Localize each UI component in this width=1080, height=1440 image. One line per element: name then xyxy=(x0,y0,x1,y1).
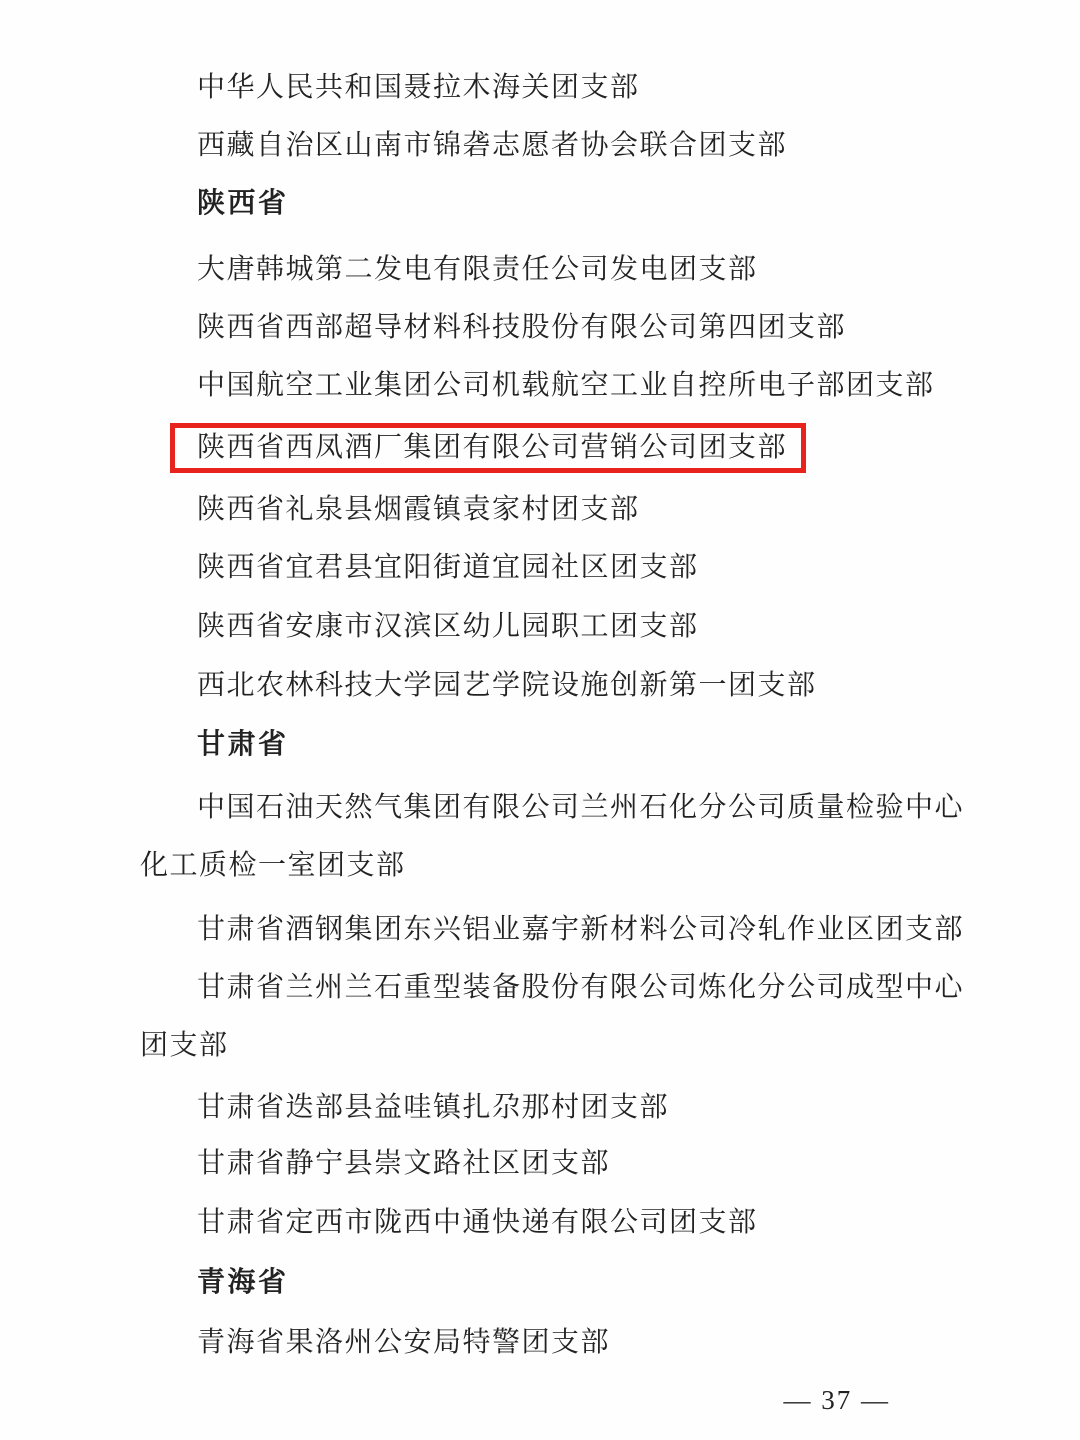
page-number: — 37 — xyxy=(140,1371,962,1430)
list-item: 陕西省礼泉县烟霞镇袁家村团支部 xyxy=(140,480,962,539)
list-item: 甘肃省静宁县崇文路社区团支部 xyxy=(140,1134,962,1193)
list-item: 甘肃省定西市陇西中通快递有限公司团支部 xyxy=(140,1193,962,1252)
document-page: 中华人民共和国聂拉木海关团支部 西藏自治区山南市锦砻志愿者协会联合团支部 陕西省… xyxy=(0,0,1080,1440)
section-header-qinghai: 青海省 xyxy=(140,1253,962,1312)
list-item-highlighted: 陕西省西凤酒厂集团有限公司营销公司团支部 xyxy=(140,418,962,477)
section-header-gansu: 甘肃省 xyxy=(140,715,962,774)
list-item: 陕西省安康市汉滨区幼儿园职工团支部 xyxy=(140,597,962,656)
list-item-label: 陕西省西凤酒厂集团有限公司营销公司团支部 xyxy=(197,432,787,463)
highlight-red-box: 陕西省西凤酒厂集团有限公司营销公司团支部 xyxy=(170,423,806,473)
list-item: 青海省果洛州公安局特警团支部 xyxy=(140,1313,962,1372)
list-item: 陕西省西部超导材料科技股份有限公司第四团支部 xyxy=(140,298,962,357)
list-item: 甘肃省兰州兰石重型装备股份有限公司炼化分公司成型中心 xyxy=(140,958,962,1017)
list-item: 甘肃省酒钢集团东兴铝业嘉宇新材料公司冷轧作业区团支部 xyxy=(140,900,962,959)
list-item: 中华人民共和国聂拉木海关团支部 xyxy=(140,58,962,117)
list-item: 西北农林科技大学园艺学院设施创新第一团支部 xyxy=(140,656,962,715)
list-item-continuation: 团支部 xyxy=(140,1016,962,1075)
list-item: 甘肃省迭部县益哇镇扎尕那村团支部 xyxy=(140,1078,962,1137)
list-item: 大唐韩城第二发电有限责任公司发电团支部 xyxy=(140,240,962,299)
section-header-shaanxi: 陕西省 xyxy=(140,174,962,233)
list-item: 陕西省宜君县宜阳街道宜园社区团支部 xyxy=(140,538,962,597)
list-item: 中国航空工业集团公司机载航空工业自控所电子部团支部 xyxy=(140,356,962,415)
list-item: 西藏自治区山南市锦砻志愿者协会联合团支部 xyxy=(140,116,962,175)
list-item: 中国石油天然气集团有限公司兰州石化分公司质量检验中心 xyxy=(140,778,962,837)
list-item-continuation: 化工质检一室团支部 xyxy=(140,836,962,895)
